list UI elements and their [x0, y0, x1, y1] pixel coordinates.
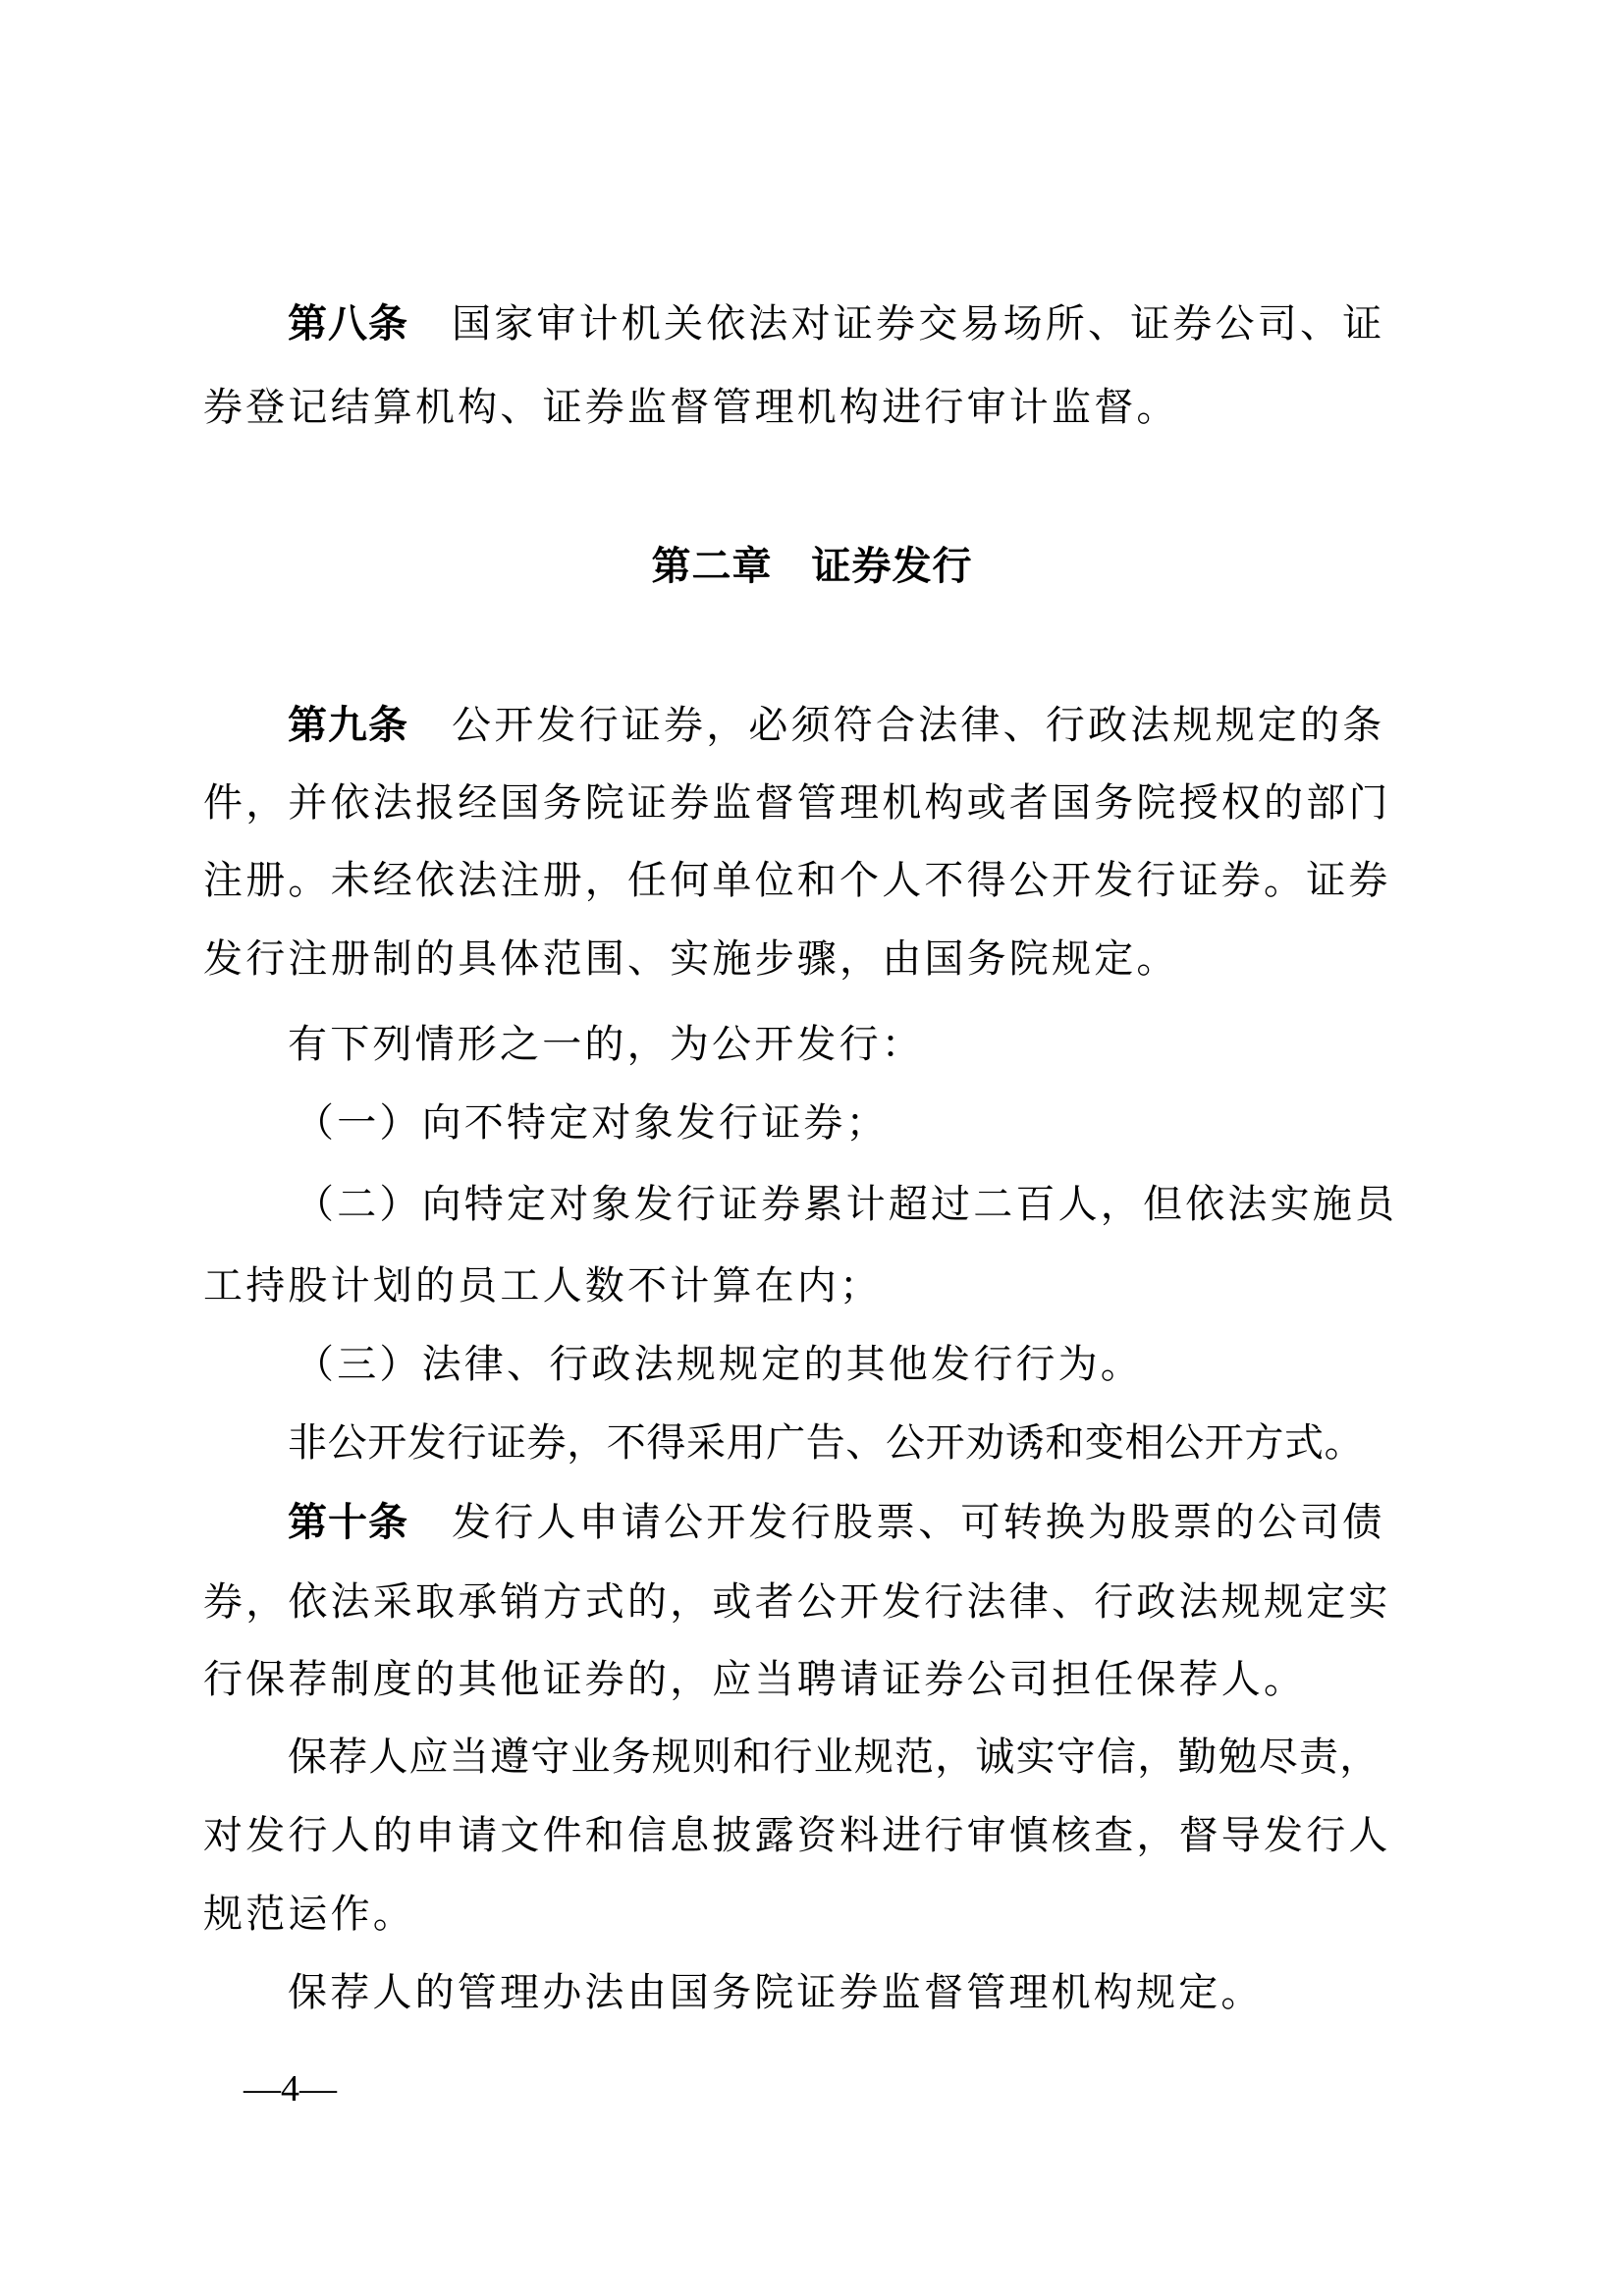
article-10-text: 发行人申请公开发行股票、可转换为股票的公司债: [452, 1500, 1384, 1545]
document-page: 第八条国家审计机关依法对证券交易场所、证券公司、证 券登记结算机构、证券监督管理…: [0, 0, 1624, 2296]
article-9-closing: 非公开发行证券，不得采用广告、公开劝诱和变相公开方式。: [288, 1416, 1505, 1469]
article-9-line-4: 发行注册制的具体范围、实施步骤，由国务院规定。: [203, 933, 1421, 986]
article-10-line-1: 第十条发行人申请公开发行股票、可转换为股票的公司债: [288, 1496, 1505, 1549]
article-9-line-3: 注册。未经依法注册，任何单位和个人不得公开发行证券。证券: [203, 854, 1421, 907]
article-9-item-1: （一）向不特定对象发行证券；: [295, 1096, 1512, 1149]
article-9-item-2-cont: 工持股计划的员工人数不计算在内；: [203, 1259, 1421, 1312]
article-9-label: 第九条: [288, 703, 408, 748]
article-9-item-2: （二）向特定对象发行证券累计超过二百人，但依法实施员: [295, 1178, 1512, 1231]
article-10-line-3: 行保荐制度的其他证券的，应当聘请证券公司担任保荐人。: [203, 1653, 1421, 1706]
article-10-line-2: 券，依法采取承销方式的，或者公开发行法律、行政法规规定实: [203, 1575, 1421, 1629]
article-9-item-3: （三）法律、行政法规规定的其他发行行为。: [295, 1338, 1512, 1391]
article-9-line-1: 第九条公开发行证券，必须符合法律、行政法规规定的条: [288, 699, 1505, 752]
article-10-label: 第十条: [288, 1500, 408, 1545]
article-10-para3: 保荐人的管理办法由国务院证券监督管理机构规定。: [288, 1966, 1505, 2019]
article-9-text: 公开发行证券，必须符合法律、行政法规规定的条: [452, 703, 1384, 748]
article-9-line-2: 件，并依法报经国务院证券监督管理机构或者国务院授权的部门: [203, 776, 1421, 829]
page-number: —4—: [244, 2064, 337, 2113]
article-10-para2-line-2: 对发行人的申请文件和信息披露资料进行审慎核查，督导发行人: [203, 1809, 1421, 1862]
article-8-line-1: 第八条国家审计机关依法对证券交易场所、证券公司、证: [288, 297, 1505, 350]
article-10-para2-line-1: 保荐人应当遵守业务规则和行业规范，诚实守信，勤勉尽责，: [288, 1731, 1505, 1784]
chapter-heading: 第二章证券发行: [0, 540, 1624, 593]
chapter-title: 证券发行: [812, 544, 973, 589]
article-9-intro: 有下列情形之一的，为公开发行：: [288, 1018, 1505, 1071]
article-8-text: 国家审计机关依法对证券交易场所、证券公司、证: [452, 301, 1384, 347]
article-8-line-2: 券登记结算机构、证券监督管理机构进行审计监督。: [203, 381, 1421, 434]
article-10-para2-line-3: 规范运作。: [203, 1888, 1421, 1941]
article-8-label: 第八条: [288, 301, 408, 347]
chapter-number: 第二章: [652, 544, 773, 589]
